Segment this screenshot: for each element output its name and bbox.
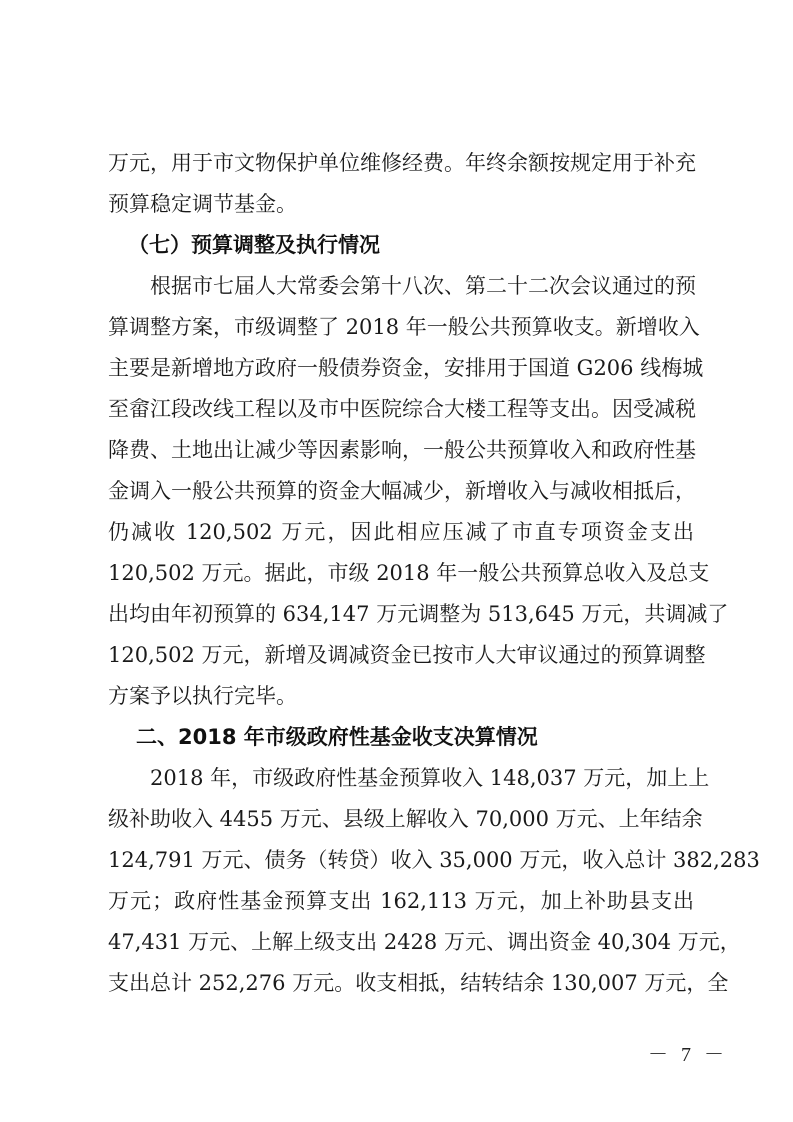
page-number: － 7 － bbox=[648, 1038, 728, 1067]
paragraph-line: 至畲江段改线工程以及市中医院综合大楼工程等支出。因受减税 bbox=[108, 389, 694, 429]
paragraph-line: 124,791 万元、债务（转贷）收入 35,000 万元，收入总计 382,2… bbox=[108, 840, 694, 880]
paragraph-line: 主要是新增地方政府一般债券资金，安排用于国道 G206 线梅城 bbox=[108, 348, 694, 388]
paragraph-line: 120,502 万元。据此，市级 2018 年一般公共预算总收入及总支 bbox=[108, 553, 694, 593]
section-heading-7: （七）预算调整及执行情况 bbox=[128, 225, 380, 265]
paragraph-line: 算调整方案，市级调整了 2018 年一般公共预算收支。新增收入 bbox=[108, 307, 694, 347]
section-heading-2: 二、2018 年市级政府性基金收支决算情况 bbox=[136, 717, 538, 757]
document-page: 万元，用于市文物保护单位维修经费。年终余额按规定用于补充 预算稳定调节基金。 （… bbox=[0, 0, 793, 1122]
paragraph-line: 47,431 万元、上解上级支出 2428 万元、调出资金 40,304 万元， bbox=[108, 922, 694, 962]
paragraph-line: 根据市七届人大常委会第十八次、第二十二次会议通过的预 bbox=[150, 266, 694, 306]
paragraph-line: 仍减收 120,502 万元，因此相应压减了市直专项资金支出 bbox=[108, 512, 694, 552]
paragraph-line: 万元；政府性基金预算支出 162,113 万元，加上补助县支出 bbox=[108, 881, 694, 921]
paragraph-line: 2018 年，市级政府性基金预算收入 148,037 万元，加上上 bbox=[150, 758, 694, 798]
paragraph-line: 120,502 万元，新增及调减资金已按市人大审议通过的预算调整 bbox=[108, 635, 694, 675]
paragraph-line: 出均由年初预算的 634,147 万元调整为 513,645 万元，共调减了 bbox=[108, 594, 694, 634]
paragraph-line: 预算稳定调节基金。 bbox=[108, 184, 694, 224]
paragraph-line: 方案予以执行完毕。 bbox=[108, 676, 694, 716]
paragraph-line: 万元，用于市文物保护单位维修经费。年终余额按规定用于补充 bbox=[108, 143, 694, 183]
paragraph-line: 降费、土地出让减少等因素影响，一般公共预算收入和政府性基 bbox=[108, 430, 694, 470]
paragraph-line: 支出总计 252,276 万元。收支相抵，结转结余 130,007 万元，全 bbox=[108, 963, 694, 1003]
paragraph-line: 级补助收入 4455 万元、县级上解收入 70,000 万元、上年结余 bbox=[108, 799, 694, 839]
paragraph-line: 金调入一般公共预算的资金大幅减少，新增收入与减收相抵后， bbox=[108, 471, 694, 511]
